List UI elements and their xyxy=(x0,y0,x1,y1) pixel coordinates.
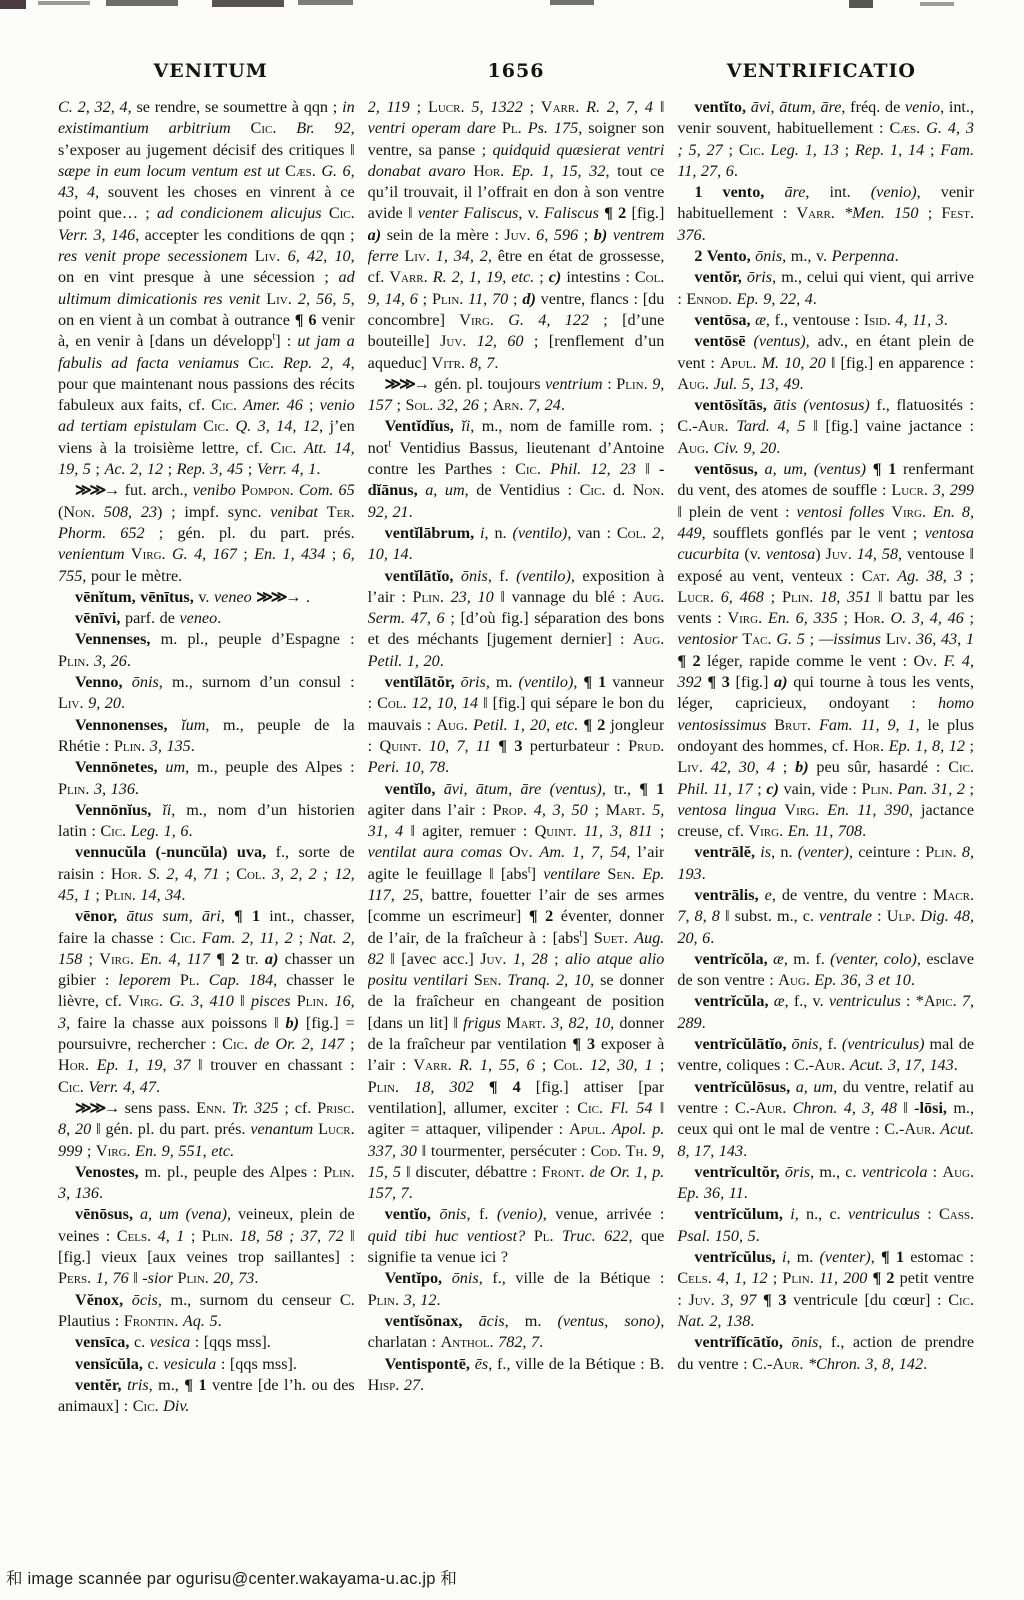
dictionary-entry: ventĭlo, āvi, ātum, āre (ventus), tr., ¶… xyxy=(368,779,665,1205)
dictionary-entry: Vennōnetes, um, m., peuple des Alpes : P… xyxy=(58,757,355,800)
scan-artifact xyxy=(106,0,178,6)
scan-artifact xyxy=(212,0,284,7)
dictionary-entry: ventĭlātŏr, ōris, m. (ventilo), ¶ 1 vann… xyxy=(368,672,665,778)
dictionary-entry: ventŏr, ōris, m., celui qui vient, qui a… xyxy=(677,267,974,310)
dictionary-entry: Ventispontē, ēs, f., ville de la Bétique… xyxy=(368,1354,665,1397)
scan-artifact xyxy=(298,0,353,5)
running-head-right-word: VENTRIFICATIO xyxy=(669,60,974,82)
dictionary-entry: ventōsĭtās, ātis (ventosus) f., flatuosi… xyxy=(677,395,974,459)
dictionary-entry: vēnĭtum, vēnītus, v. veneo . xyxy=(58,587,355,608)
dictionary-entry: ventĭlātĭo, ōnis, f. (ventilo), expositi… xyxy=(368,566,665,672)
dictionary-entry: 2 Vento, ōnis, m., v. Perpenna. xyxy=(677,246,974,267)
scan-artifact xyxy=(38,1,90,5)
dictionary-entry: 1 vento, āre, int. (venio), venir habitu… xyxy=(677,182,974,246)
dictionary-entry: ventĭo, ōnis, f. (venio), venue, arrivée… xyxy=(368,1204,665,1268)
dictionary-entry: ventōsus, a, um, (ventus) ¶ 1 renfermant… xyxy=(677,459,974,842)
column-center: 2, 119 ; Lucr. 5, 1322 ; Varr. R. 2, 7, … xyxy=(368,97,665,1549)
dictionary-entry: ventrĭcŭlus, i, m. (venter), ¶ 1 estomac… xyxy=(677,1247,974,1332)
dictionary-entry: ventrĭcŭla, æ, f., v. ventriculus : *Api… xyxy=(677,991,974,1034)
text-columns: C. 2, 32, 4, se rendre, se soumettre à q… xyxy=(58,97,974,1549)
dictionary-entry: vēnōsus, a, um (vena), veineux, plein de… xyxy=(58,1204,355,1289)
scan-artifact xyxy=(550,0,594,5)
dictionary-entry: ventĕr, tris, m., ¶ 1 ventre [de l’h. ou… xyxy=(58,1375,355,1418)
scan-credit: 和 image scannée par ogurisu@center.wakay… xyxy=(6,1565,457,1589)
dictionary-entry: vensīca, c. vesica : [qqs mss]. xyxy=(58,1332,355,1353)
dictionary-entry: ventrĭcŭlātĭo, ōnis, f. (ventriculus) ma… xyxy=(677,1034,974,1077)
running-head-left-word: VENITUM xyxy=(58,60,363,82)
dictionary-entry: ventōsa, æ, f., ventouse : Isid. 4, 11, … xyxy=(677,310,974,331)
dictionary-entry: Vennōnĭus, ĭi, m., nom d’un historien la… xyxy=(58,800,355,843)
dictionary-entry: C. 2, 32, 4, se rendre, se soumettre à q… xyxy=(58,97,355,480)
dictionary-entry: vennucŭla (-nuncŭla) uva, f., sorte de r… xyxy=(58,842,355,906)
dictionary-entry: ventĭsŏnax, ācis, m. (ventus, sono), cha… xyxy=(368,1311,665,1354)
page-number: 1656 xyxy=(363,60,668,82)
dictionary-entry: Ventĭdĭus, ĭi, m., nom de famille rom. ;… xyxy=(368,416,665,522)
scan-artifact xyxy=(849,0,873,8)
dictionary-entry: vēnīvi, parf. de veneo. xyxy=(58,608,355,629)
dictionary-page: VENITUM 1656 VENTRIFICATIO C. 2, 32, 4, … xyxy=(0,0,1024,1600)
dictionary-entry: ventrĭcultŏr, ōris, m., c. ventricola : … xyxy=(677,1162,974,1205)
dictionary-entry: Vennonenses, ĭum, m., peuple de la Rhéti… xyxy=(58,715,355,758)
dictionary-entry: ventrĭfĭcātĭo, ōnis, f., action de prend… xyxy=(677,1332,974,1375)
dictionary-entry: Venostes, m. pl., peuple des Alpes : Pli… xyxy=(58,1162,355,1205)
dictionary-entry: ventrĭcŭlōsus, a, um, du ventre, relatif… xyxy=(677,1077,974,1162)
running-head: VENITUM 1656 VENTRIFICATIO xyxy=(58,60,974,82)
scan-artifact xyxy=(0,0,26,9)
column-left: C. 2, 32, 4, se rendre, se soumettre à q… xyxy=(58,97,355,1549)
dictionary-entry: gén. pl. toujours ventrium : Plin. 9, 15… xyxy=(368,374,665,417)
dictionary-entry: ventōsē (ventus), adv., en étant plein d… xyxy=(677,331,974,395)
dictionary-entry: Venno, ōnis, m., surnom d’un consul : Li… xyxy=(58,672,355,715)
dictionary-entry: Vennenses, m. pl., peuple d’Espagne : Pl… xyxy=(58,629,355,672)
dictionary-entry: vensĭcŭla, c. vesicula : [qqs mss]. xyxy=(58,1354,355,1375)
dictionary-entry: ventrĭcŭlum, i, n., c. ventriculus : Cas… xyxy=(677,1204,974,1247)
dictionary-entry: ventĭto, āvi, ātum, āre, fréq. de venio,… xyxy=(677,97,974,182)
dictionary-entry: ventrālĕ, is, n. (venter), ceinture : Pl… xyxy=(677,842,974,885)
column-right: ventĭto, āvi, ātum, āre, fréq. de venio,… xyxy=(677,97,974,1549)
dictionary-entry: sens pass. Enn. Tr. 325 ; cf. Prisc. 8, … xyxy=(58,1098,355,1162)
dictionary-entry: fut. arch., venibo Pompon. Com. 65 (Non.… xyxy=(58,480,355,586)
scan-artifact xyxy=(920,2,954,6)
dictionary-entry: ventrĭcŏla, æ, m. f. (venter, colo), esc… xyxy=(677,949,974,992)
dictionary-entry: Vĕnox, ōcis, m., surnom du censeur C. Pl… xyxy=(58,1290,355,1333)
dictionary-entry: 2, 119 ; Lucr. 5, 1322 ; Varr. R. 2, 7, … xyxy=(368,97,665,374)
dictionary-entry: ventĭlābrum, i, n. (ventilo), van : Col.… xyxy=(368,523,665,566)
dictionary-entry: Ventĭpo, ōnis, f., ville de la Bétique :… xyxy=(368,1268,665,1311)
dictionary-entry: ventrālis, e, de ventre, du ventre : Mac… xyxy=(677,885,974,949)
dictionary-entry: vēnor, ātus sum, āri, ¶ 1 int., chasser,… xyxy=(58,906,355,1098)
